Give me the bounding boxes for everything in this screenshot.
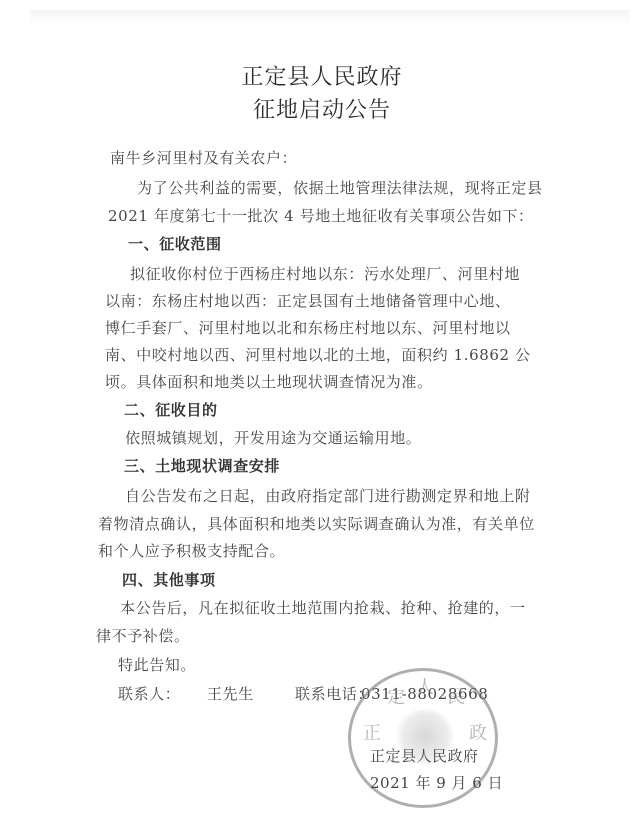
survey-line-2: 着物清点确认，具体面积和地类以实际调查确认为准，有关单位 — [98, 514, 535, 534]
signature-organization: 正定县人民政府 — [370, 745, 479, 766]
seal-char: 定 — [387, 683, 405, 709]
intro-line-1: 为了公共利益的需要，依据土地管理法律法规，现将正定县 — [137, 178, 543, 198]
other-line-1: 本公告后，凡在拟征收土地范围内抢栽、抢种、抢建的，一 — [120, 598, 526, 618]
scope-line-2: 以南：东杨庄村地以西：正定县国有土地储备管理中心地、 — [105, 291, 511, 311]
salutation: 南牛乡河里村及有关农户： — [110, 148, 297, 168]
seal-char: 正 — [363, 719, 381, 745]
document-title-subject: 征地启动公告 — [0, 93, 644, 124]
survey-line-1: 自公告发布之日起，由政府指定部门进行勘测定界和地上附 — [125, 486, 531, 506]
section-heading-purpose: 二、征收目的 — [124, 400, 218, 420]
closing-text: 特此告知。 — [118, 655, 196, 675]
seal-char: 人 — [416, 673, 434, 699]
section-heading-other: 四、其他事项 — [122, 570, 216, 590]
scope-line-1: 拟征收你村位于西杨庄村地以东：污水处理厂、河里村地 — [130, 264, 520, 284]
document-page: 正定县人民政府 征地启动公告 南牛乡河里村及有关农户： 为了公共利益的需要，依据… — [0, 0, 644, 826]
scope-line-3: 博仁手套厂、河里村地以北和东杨庄村地以东、河里村地以 — [105, 318, 511, 338]
intro-line-2: 2021 年度第七十一批次 4 号地土地征收有关事项公告如下： — [108, 206, 534, 226]
signature-date: 2021 年 9 月 6 日 — [370, 772, 503, 793]
scope-line-5: 顷。具体面积和地类以土地现状调查情况为准。 — [105, 372, 433, 392]
survey-line-3: 和个人应予积极支持配合。 — [98, 541, 285, 561]
scan-artifact — [30, 10, 630, 24]
section-heading-survey: 三、土地现状调查安排 — [124, 456, 280, 476]
contact-person-label: 联系人： — [118, 684, 180, 704]
purpose-line-1: 依照城镇规划，开发用途为交通运输用地。 — [125, 428, 421, 448]
contact-person-name: 王先生 — [207, 684, 254, 704]
seal-char: 政 — [469, 719, 487, 745]
seal-char: 民 — [447, 683, 465, 709]
scope-line-4: 南、中咬村地以西、河里村地以北的土地，面积约 1.6862 公 — [105, 345, 531, 365]
other-line-2: 律不予补偿。 — [96, 626, 190, 646]
document-title-issuer: 正定县人民政府 — [0, 60, 644, 91]
section-heading-scope: 一、征收范围 — [128, 234, 222, 254]
